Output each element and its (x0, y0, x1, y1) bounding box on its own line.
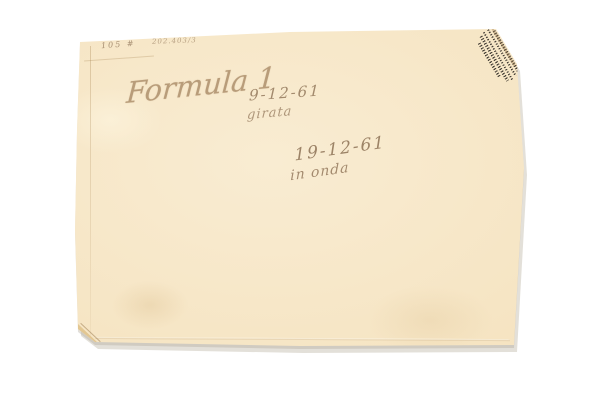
paper-crease (84, 56, 154, 62)
handwritten-catalog-number: 105 # (101, 39, 136, 50)
handwritten-inventory-number: 202.403/3 (152, 36, 197, 46)
envelope: 105 # 202.403/3 Formula 1 9-12-61 girata… (0, 0, 600, 400)
handwritten-date-2: 19-12-61 (294, 133, 386, 166)
photo-background: 105 # 202.403/3 Formula 1 9-12-61 girata… (0, 0, 600, 400)
handwritten-title: Formula 1 (125, 60, 277, 110)
handwritten-note-2: in onda (290, 160, 349, 184)
paper-seam (90, 46, 91, 336)
bottom-edge-highlight (95, 337, 510, 341)
handwritten-note-1: girata (247, 104, 293, 123)
handwritten-date-1: 9-12-61 (249, 81, 321, 104)
